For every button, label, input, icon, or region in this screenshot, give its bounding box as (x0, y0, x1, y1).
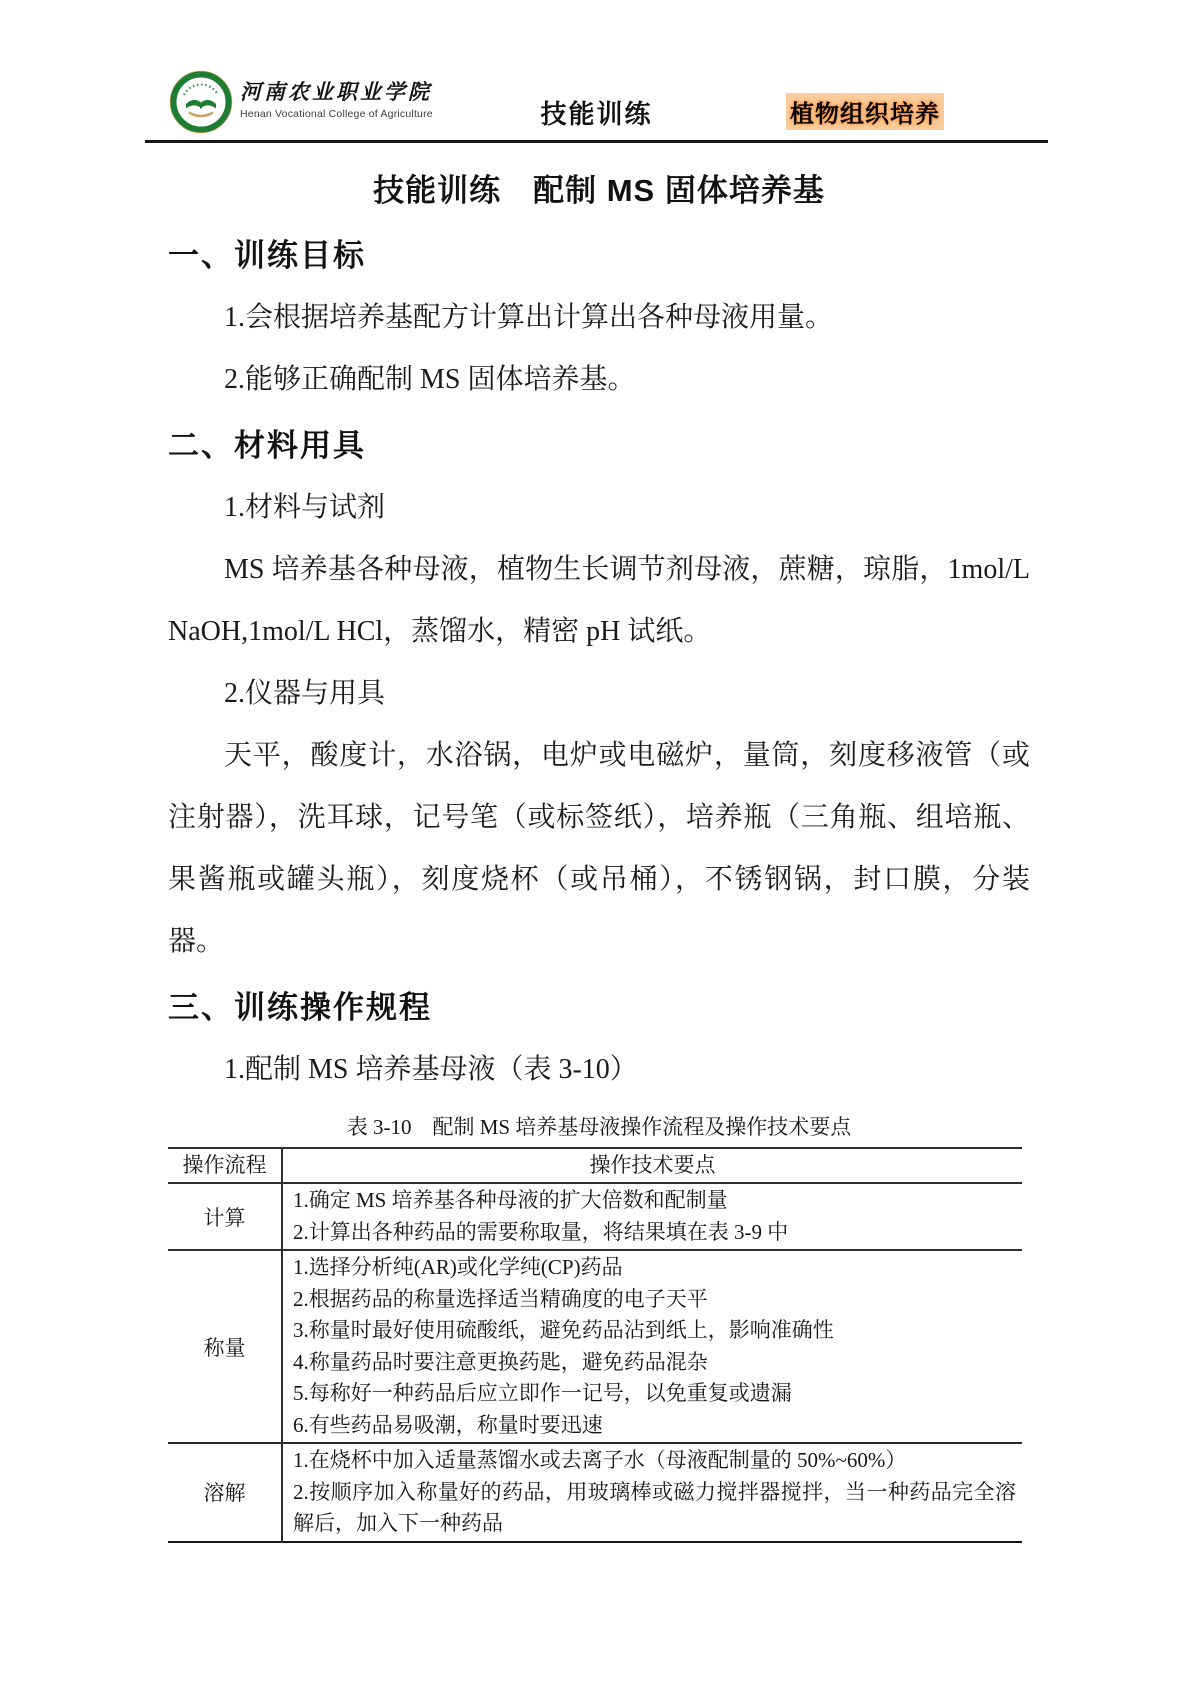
paragraph-materials-subtitle: 1.材料与试剂 (168, 477, 1030, 539)
point-line: 2.按顺序加入称量好的药品，用玻璃棒或磁力搅拌器搅拌，当一种药品完全溶解后，加入… (293, 1477, 1016, 1540)
step-cell: 溶解 (168, 1443, 282, 1542)
point-line: 6.有些药品易吸潮，称量时要迅速 (293, 1410, 1016, 1442)
paragraph-materials-list: MS 培养基各种母液，植物生长调节剂母液，蔗糖，琼脂，1mol/L NaOH,1… (168, 539, 1030, 663)
paragraph-instruments-subtitle: 2.仪器与用具 (168, 663, 1030, 725)
points-cell: 1.在烧杯中加入适量蒸馏水或去离子水（母液配制量的 50%~60%） 2.按顺序… (282, 1443, 1022, 1542)
section-2-heading: 二、材料用具 (168, 415, 1030, 477)
point-line: 1.在烧杯中加入适量蒸馏水或去离子水（母液配制量的 50%~60%） (293, 1445, 1016, 1477)
points-cell: 1.确定 MS 培养基各种母液的扩大倍数和配制量 2.计算出各种药品的需要称取量… (282, 1183, 1022, 1250)
col-header-points: 操作技术要点 (282, 1148, 1022, 1183)
procedure-table: 操作流程 操作技术要点 计算 1.确定 MS 培养基各种母液的扩大倍数和配制量 … (168, 1147, 1022, 1543)
table-row-calculate: 计算 1.确定 MS 培养基各种母液的扩大倍数和配制量 2.计算出各种药品的需要… (168, 1183, 1022, 1250)
paragraph-goal-2: 2.能够正确配制 MS 固体培养基。 (168, 349, 1030, 411)
point-line: 1.确定 MS 培养基各种母液的扩大倍数和配制量 (293, 1185, 1016, 1217)
section-1-heading: 一、训练目标 (168, 225, 1030, 287)
document-page: 河南农业职业学院 Henan Vocational College of Agr… (0, 0, 1190, 1683)
point-line: 4.称量药品时要注意更换药匙，避免药品混杂 (293, 1347, 1016, 1379)
point-line: 1.选择分析纯(AR)或化学纯(CP)药品 (293, 1252, 1016, 1284)
point-line: 2.计算出各种药品的需要称取量，将结果填在表 3-9 中 (293, 1217, 1016, 1249)
paragraph-instruments-list: 天平，酸度计，水浴锅，电炉或电磁炉，量筒，刻度移液管（或注射器），洗耳球，记号笔… (168, 725, 1030, 973)
table-header-row: 操作流程 操作技术要点 (168, 1148, 1022, 1183)
paragraph-goal-1: 1.会根据培养基配方计算出计算出各种母液用量。 (168, 287, 1030, 349)
document-body: 技能训练 配制 MS 固体培养基 一、训练目标 1.会根据培养基配方计算出计算出… (168, 145, 1030, 1543)
page-header: 河南农业职业学院 Henan Vocational College of Agr… (145, 0, 1048, 143)
point-line: 3.称量时最好使用硫酸纸，避免药品沾到纸上，影响准确性 (293, 1315, 1016, 1347)
header-subject-badge: 植物组织培养 (786, 93, 944, 130)
step-cell: 称量 (168, 1250, 282, 1443)
point-line: 2.根据药品的称量选择适当精确度的电子天平 (293, 1284, 1016, 1316)
section-3-heading: 三、训练操作规程 (168, 977, 1030, 1039)
paragraph-procedure-intro: 1.配制 MS 培养基母液（表 3-10） (168, 1039, 1030, 1101)
col-header-step: 操作流程 (168, 1148, 282, 1183)
table-row-weigh: 称量 1.选择分析纯(AR)或化学纯(CP)药品 2.根据药品的称量选择适当精确… (168, 1250, 1022, 1443)
step-cell: 计算 (168, 1183, 282, 1250)
doc-title: 技能训练 配制 MS 固体培养基 (168, 161, 1030, 221)
point-line: 5.每称好一种药品后应立即作一记号，以免重复或遗漏 (293, 1378, 1016, 1410)
table-row-dissolve: 溶解 1.在烧杯中加入适量蒸馏水或去离子水（母液配制量的 50%~60%） 2.… (168, 1443, 1022, 1542)
table-caption: 表 3-10 配制 MS 培养基母液操作流程及操作技术要点 (168, 1107, 1030, 1147)
points-cell: 1.选择分析纯(AR)或化学纯(CP)药品 2.根据药品的称量选择适当精确度的电… (282, 1250, 1022, 1443)
